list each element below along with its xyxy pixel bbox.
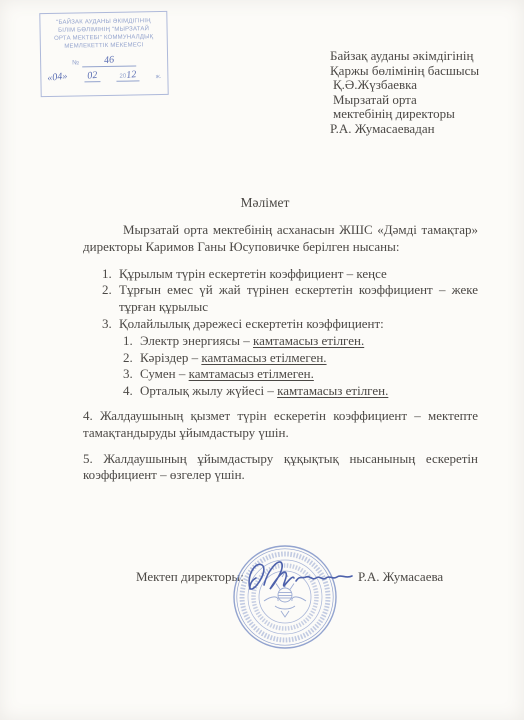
handwritten-signature: [240, 551, 360, 603]
sub-item-number: 3.: [123, 366, 140, 383]
sub-item-text: Орталық жылу жүйесі – камтамасыз етілген…: [140, 383, 478, 400]
document-title: Мәлімет: [60, 195, 470, 211]
underlined-value: камтамасыз етілген.: [253, 333, 364, 348]
addressee-line: Байзақ ауданы әкімдігінің: [330, 49, 479, 64]
sub-item-text: Кәріздер – камтамасыз етілмеген.: [140, 350, 478, 367]
list-item-text: Құрылым түрін ескертетін коэффициент – к…: [119, 266, 478, 283]
list-item-text: Тұрғын емес үй жай түрінен ескертетін ко…: [119, 282, 478, 316]
sub-item-text: Электр энергиясы – камтамасыз етілген.: [140, 333, 478, 350]
intro-paragraph: Мырзатай орта мектебінің асханасын ЖШС «…: [83, 222, 478, 256]
signature-name: Р.А. Жумасаева: [358, 569, 443, 585]
stamp-date-row: «04» 02 2012 ж.: [41, 70, 167, 83]
stamp-year-printed: 20: [119, 74, 126, 80]
stamp-number-sign: №: [72, 59, 79, 67]
sub-item-number: 2.: [123, 350, 140, 367]
list-item-number: 3.: [102, 316, 119, 333]
list-item-number: 1.: [102, 266, 119, 283]
scanned-document-page: "БАЙЗАК АУДАНЫ ӘКІМДІГІНІҢ БІЛІМ БӨЛІМІН…: [0, 0, 524, 720]
signature-label: Мектеп директоры:: [136, 569, 244, 585]
sub-item-label: Сумен –: [140, 366, 189, 381]
handwritten-number: 46: [104, 55, 115, 66]
underlined-value: камтамасыз етілген.: [277, 383, 388, 398]
stamp-date-suffix: ж.: [156, 73, 162, 81]
sub-list-item: 1. Электр энергиясы – камтамасыз етілген…: [123, 333, 478, 350]
sub-list-item: 3. Сумен – камтамасыз етілмеген.: [123, 366, 478, 383]
addressee-line: мектебінің директоры: [330, 107, 479, 122]
handwritten-year: 12: [126, 70, 137, 81]
underlined-value: камтамасыз етілмеген.: [201, 350, 326, 365]
handwritten-month: 02: [86, 71, 97, 82]
stamp-date-line: 02: [84, 71, 100, 82]
sub-list-item: 4. Орталық жылу жүйесі – камтамасыз етіл…: [123, 383, 478, 400]
list-item-number: 2.: [102, 282, 119, 316]
sub-item-number: 1.: [123, 333, 140, 350]
sub-item-number: 4.: [123, 383, 140, 400]
sub-item-label: Кәріздер –: [140, 350, 201, 365]
list-item-text: Қолайлылық дәрежесі ескертетін коэффицие…: [119, 316, 478, 333]
list-item: 3. Қолайлылық дәрежесі ескертетін коэффи…: [102, 316, 478, 333]
list-item: 1. Құрылым түрін ескертетін коэффициент …: [102, 266, 478, 283]
underlined-value: камтамасыз етілмеген.: [189, 366, 314, 381]
paragraph-5: 5. Жалдаушының ұйымдастыру құқықтық ныса…: [83, 451, 478, 485]
list-item: 2. Тұрғын емес үй жай түрінен ескертетін…: [102, 282, 478, 316]
addressee-block: Байзақ ауданы әкімдігінің Қаржы бөліміні…: [330, 49, 479, 137]
paragraph-4: 4. Жалдаушының қызмет түрін ескеретін ко…: [83, 408, 478, 442]
addressee-line: Қаржы бөлімінің басшысы: [330, 64, 479, 79]
document-body: Мырзатай орта мектебінің асханасын ЖШС «…: [83, 222, 478, 484]
stamp-number-line: 46: [82, 55, 136, 67]
corner-stamp: "БАЙЗАК АУДАНЫ ӘКІМДІГІНІҢ БІЛІМ БӨЛІМІН…: [39, 11, 168, 97]
numbered-list: 1. Құрылым түрін ескертетін коэффициент …: [102, 266, 478, 400]
sub-list-item: 2. Кәріздер – камтамасыз етілмеген.: [123, 350, 478, 367]
sub-item-text: Сумен – камтамасыз етілмеген.: [140, 366, 478, 383]
stamp-number-row: № 46: [41, 55, 167, 68]
addressee-line: Қ.Ә.Жүзбаевка: [330, 78, 479, 93]
addressee-line: Р.А. Жумасаевадан: [330, 122, 479, 137]
handwritten-day: «04»: [47, 72, 68, 84]
addressee-line: Мырзатай орта: [330, 93, 479, 108]
sub-list: 1. Электр энергиясы – камтамасыз етілген…: [123, 333, 478, 400]
sub-item-label: Орталық жылу жүйесі –: [140, 383, 277, 398]
sub-item-label: Электр энергиясы –: [140, 333, 253, 348]
stamp-year-line: 2012: [116, 70, 139, 81]
